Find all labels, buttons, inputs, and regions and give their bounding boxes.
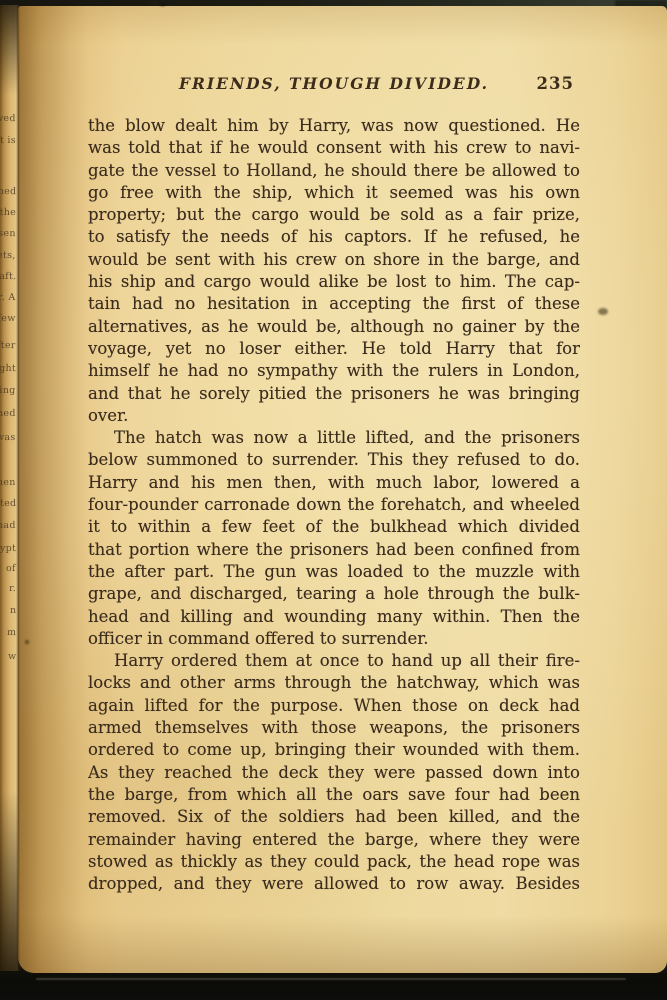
text-line: his ship and cargo would alike be lost t… — [88, 271, 580, 293]
text-line: officer in command offered to surrender. — [88, 628, 580, 650]
facing-page-text-fragment: m — [7, 627, 16, 638]
facing-page-text-fragment: e sen — [0, 228, 16, 239]
facing-page-text-fragment: r. A — [0, 292, 16, 303]
text-line: removed. Six of the soldiers had been ki… — [88, 806, 580, 828]
page-number: 235 — [537, 74, 574, 93]
facing-page-text-fragment: ted — [0, 498, 16, 509]
text-line: over. — [88, 405, 580, 427]
text-line: would be sent with his crew on shore in … — [88, 249, 580, 271]
text-line: armed themselves with those weapons, the… — [88, 717, 580, 739]
text-line: As they reached the deck they were passe… — [88, 762, 580, 784]
facing-page-text-fragment: wing — [0, 385, 16, 396]
text-line: voyage, yet no loser either. He told Har… — [88, 338, 580, 360]
stain-speck — [598, 308, 608, 315]
text-line: tain had no hesitation in accepting the … — [88, 293, 580, 315]
text-line: was told that if he would consent with h… — [88, 137, 580, 159]
page-header: FRIENDS, THOUGH DIVIDED. 235 — [88, 74, 580, 96]
facing-page-text-fragment: after — [0, 340, 16, 351]
facing-page-text-fragment: rmed — [0, 186, 16, 197]
text-line: that portion where the prisoners had bee… — [88, 539, 580, 561]
facing-page-text-fragment: e aft. — [0, 271, 16, 282]
facing-page-text-fragment: r. — [9, 583, 16, 594]
text-line: alternatives, as he would be, although n… — [88, 316, 580, 338]
page-bottom-highlight — [36, 978, 626, 980]
text-line: locks and other arms through the hatchwa… — [88, 672, 580, 694]
text-line: the after part. The gun was loaded to th… — [88, 561, 580, 583]
gutter-shadow — [18, 6, 88, 973]
facing-page-text-fragment: of — [6, 563, 16, 574]
page-text: the blow dealt him by Harry, was now que… — [88, 115, 580, 895]
book-page-photo: owedat isrmedl thee senkets,e aft.r. AA … — [0, 0, 667, 1000]
stain-speck — [25, 640, 29, 644]
gutter-crease — [16, 5, 20, 971]
text-line: the barge, from which all the oars save … — [88, 784, 580, 806]
text-line: and that he sorely pitied the prisoners … — [88, 383, 580, 405]
text-line: The hatch was now a little lifted, and t… — [88, 427, 580, 449]
text-line: grape, and discharged, tearing a hole th… — [88, 583, 580, 605]
facing-page-text-fragment: at is — [0, 135, 16, 146]
text-line: Harry and his men then, with much labor,… — [88, 472, 580, 494]
facing-page-text-fragment: ypt — [0, 543, 16, 554]
text-line: go free with the ship, which it seemed w… — [88, 182, 580, 204]
facing-page-text-fragment: A few — [0, 313, 16, 324]
facing-page-text-fragment: fight — [0, 363, 16, 374]
text-line: property; but the cargo would be sold as… — [88, 204, 580, 226]
text-line: remainder having entered the barge, wher… — [88, 829, 580, 851]
text-line: ordered to come up, bringing their wound… — [88, 739, 580, 761]
text-line: it to within a few feet of the bulkhead … — [88, 516, 580, 538]
text-line: dropped, and they were allowed to row aw… — [88, 873, 580, 895]
facing-page-text-fragment: ned — [0, 408, 16, 419]
text-line: gate the vessel to Holland, he should th… — [88, 160, 580, 182]
text-line: the blow dealt him by Harry, was now que… — [88, 115, 580, 137]
text-line: Harry ordered them at once to hand up al… — [88, 650, 580, 672]
text-line: stowed as thickly as they could pack, th… — [88, 851, 580, 873]
stain-speck — [160, 2, 165, 6]
facing-page-text-fragment: l the — [0, 207, 16, 218]
facing-page-text-fragment: was — [0, 432, 16, 443]
text-line: to satisfy the needs of his captors. If … — [88, 226, 580, 248]
background-bottom-edge — [0, 971, 667, 1000]
facing-page-text-fragment: kets, — [0, 250, 16, 261]
text-line: below summoned to surrender. This they r… — [88, 449, 580, 471]
text-line: again lifted for the purpose. When those… — [88, 695, 580, 717]
text-line: himself he had no sympathy with the rule… — [88, 360, 580, 382]
text-line: head and killing and wounding many withi… — [88, 606, 580, 628]
text-line: four-pounder carronade down the forehatc… — [88, 494, 580, 516]
facing-page-text-fragment: owed — [0, 113, 16, 124]
facing-page-text-fragment: men — [0, 477, 16, 488]
facing-page-text-fragment: had — [0, 520, 16, 531]
facing-page-text-fragment: w — [8, 651, 17, 662]
running-title: FRIENDS, THOUGH DIVIDED. — [88, 74, 580, 93]
